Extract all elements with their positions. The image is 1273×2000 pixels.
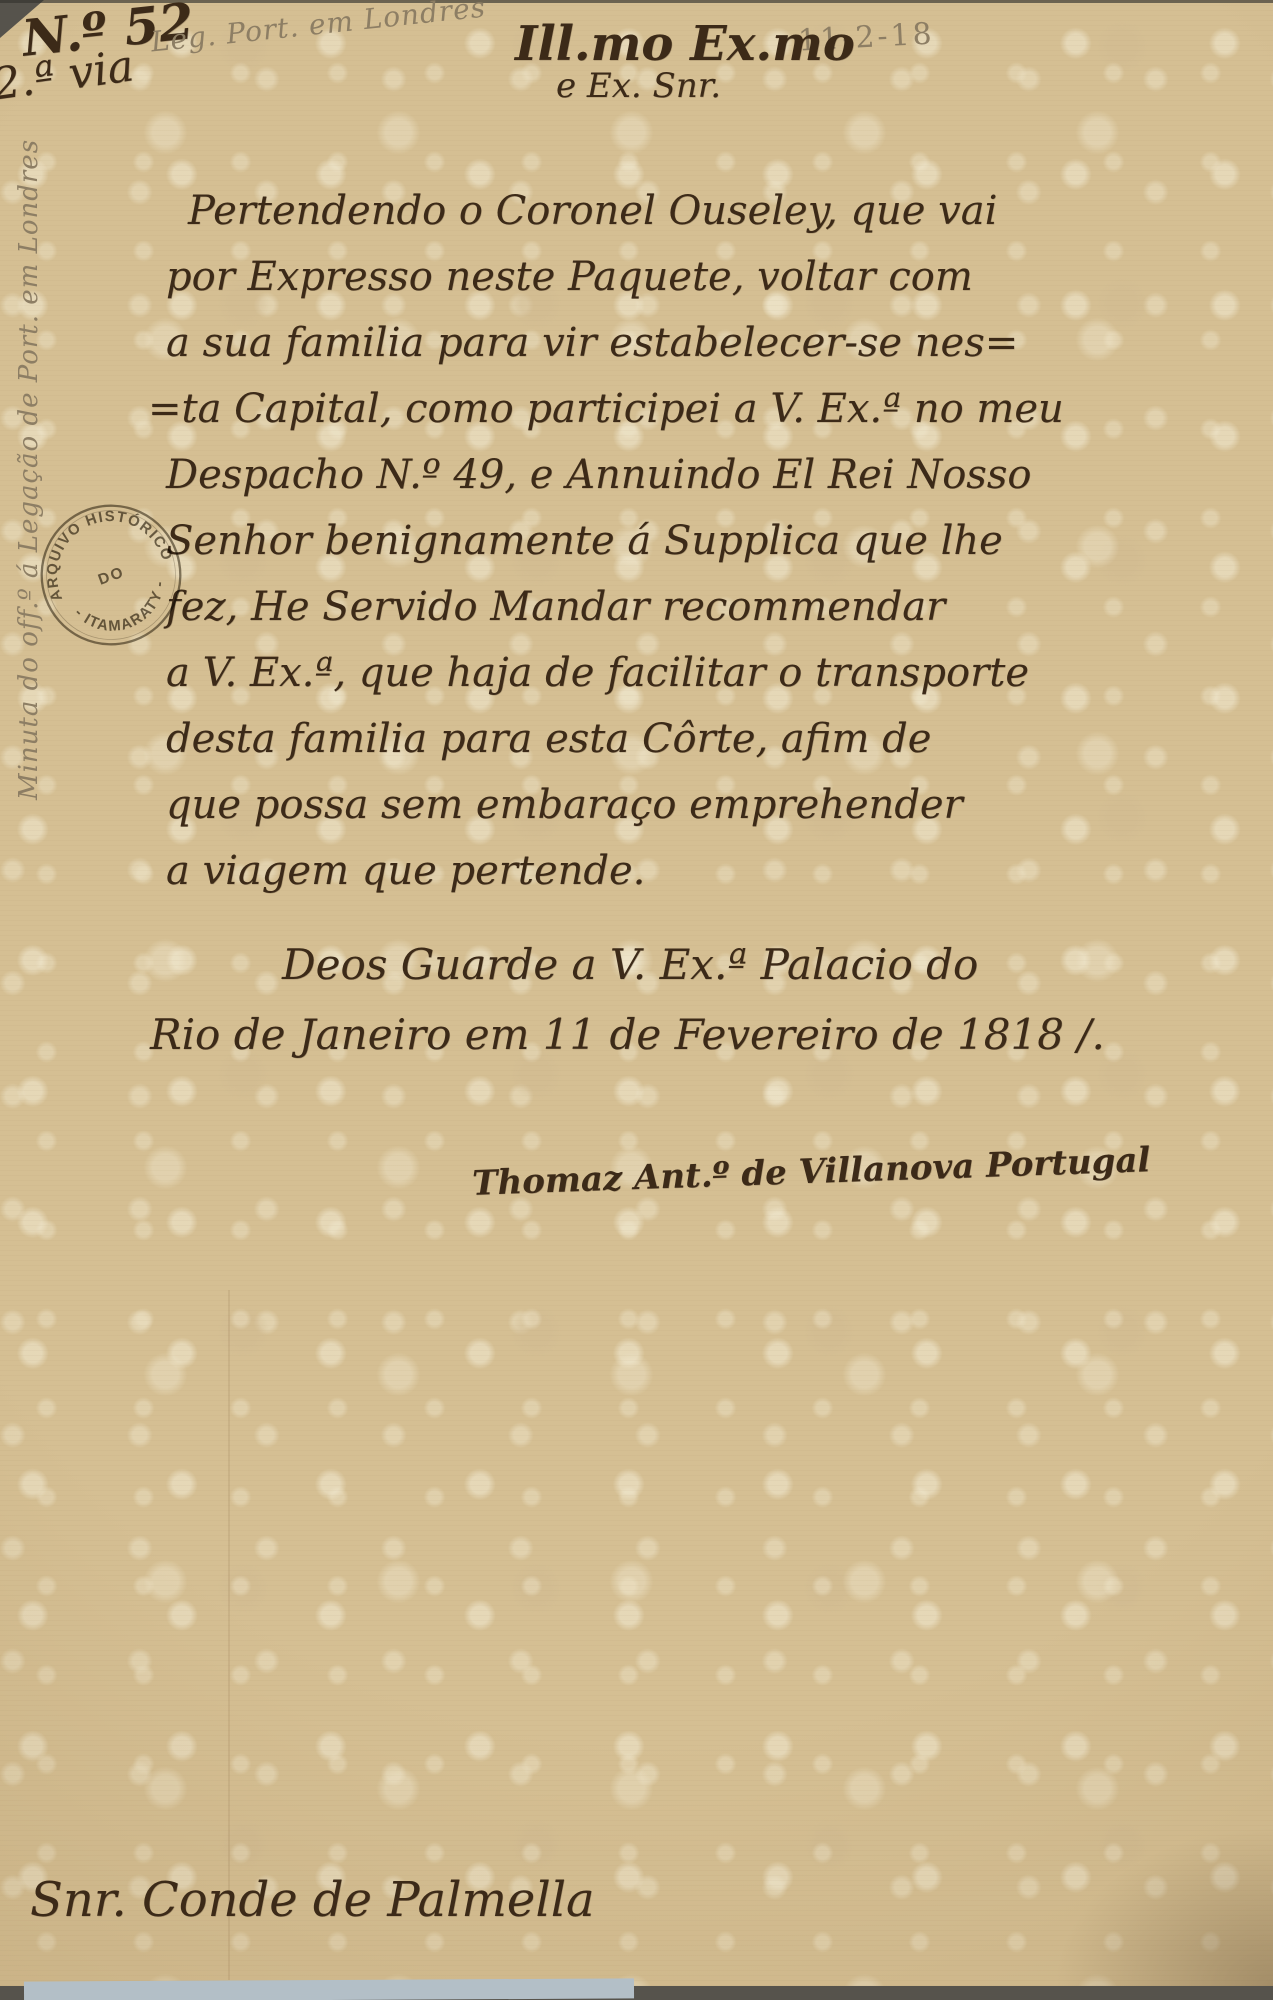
body-line: =ta Capital, como participei a V. Ex.ª n…: [148, 376, 1064, 442]
body-line: a V. Ex.ª, que haja de facilitar o trans…: [148, 640, 1064, 706]
body-line: a sua familia para vir estabelecer-se ne…: [148, 310, 1064, 376]
salutation-line-1: Ill.mo Ex.mo: [515, 16, 855, 72]
body-line: que possa sem embaraço emprehender: [148, 772, 1064, 838]
closing-line: Deos Guarde a V. Ex.ª Palacio do: [150, 930, 1105, 1000]
salutation-line-2: e Ex. Snr.: [556, 66, 721, 106]
addressee-line: Snr. Conde de Palmella: [30, 1872, 595, 1928]
closing-line: Rio de Janeiro em 11 de Fevereiro de 181…: [150, 1000, 1105, 1070]
manuscript-photo: N.º 52 2.ª via Leg. Port. em Londres 11-…: [0, 0, 1273, 2000]
body-line: Senhor benignamente á Supplica que lhe: [148, 508, 1064, 574]
body-line: Pertendendo o Coronel Ouseley, que vai: [148, 178, 1064, 244]
corner-shadow: [1053, 1826, 1273, 1986]
letter-body: Pertendendo o Coronel Ouseley, que vai p…: [148, 178, 1064, 904]
body-line: a viagem que pertende.: [148, 838, 1064, 904]
underlying-sheet-edge: [24, 1978, 634, 2000]
body-line: fez, He Servido Mandar recommendar: [148, 574, 1064, 640]
body-line: Despacho N.º 49, e Annuindo El Rei Nosso: [148, 442, 1064, 508]
letter-closing: Deos Guarde a V. Ex.ª Palacio do Rio de …: [150, 930, 1105, 1070]
body-line: por Expresso neste Paquete, voltar com: [148, 244, 1064, 310]
body-line: desta familia para esta Côrte, afim de: [148, 706, 1064, 772]
margin-archival-note: Minuta do off.º á Legação de Port. em Lo…: [14, 100, 44, 800]
stamp-center-text: DO: [96, 564, 127, 589]
